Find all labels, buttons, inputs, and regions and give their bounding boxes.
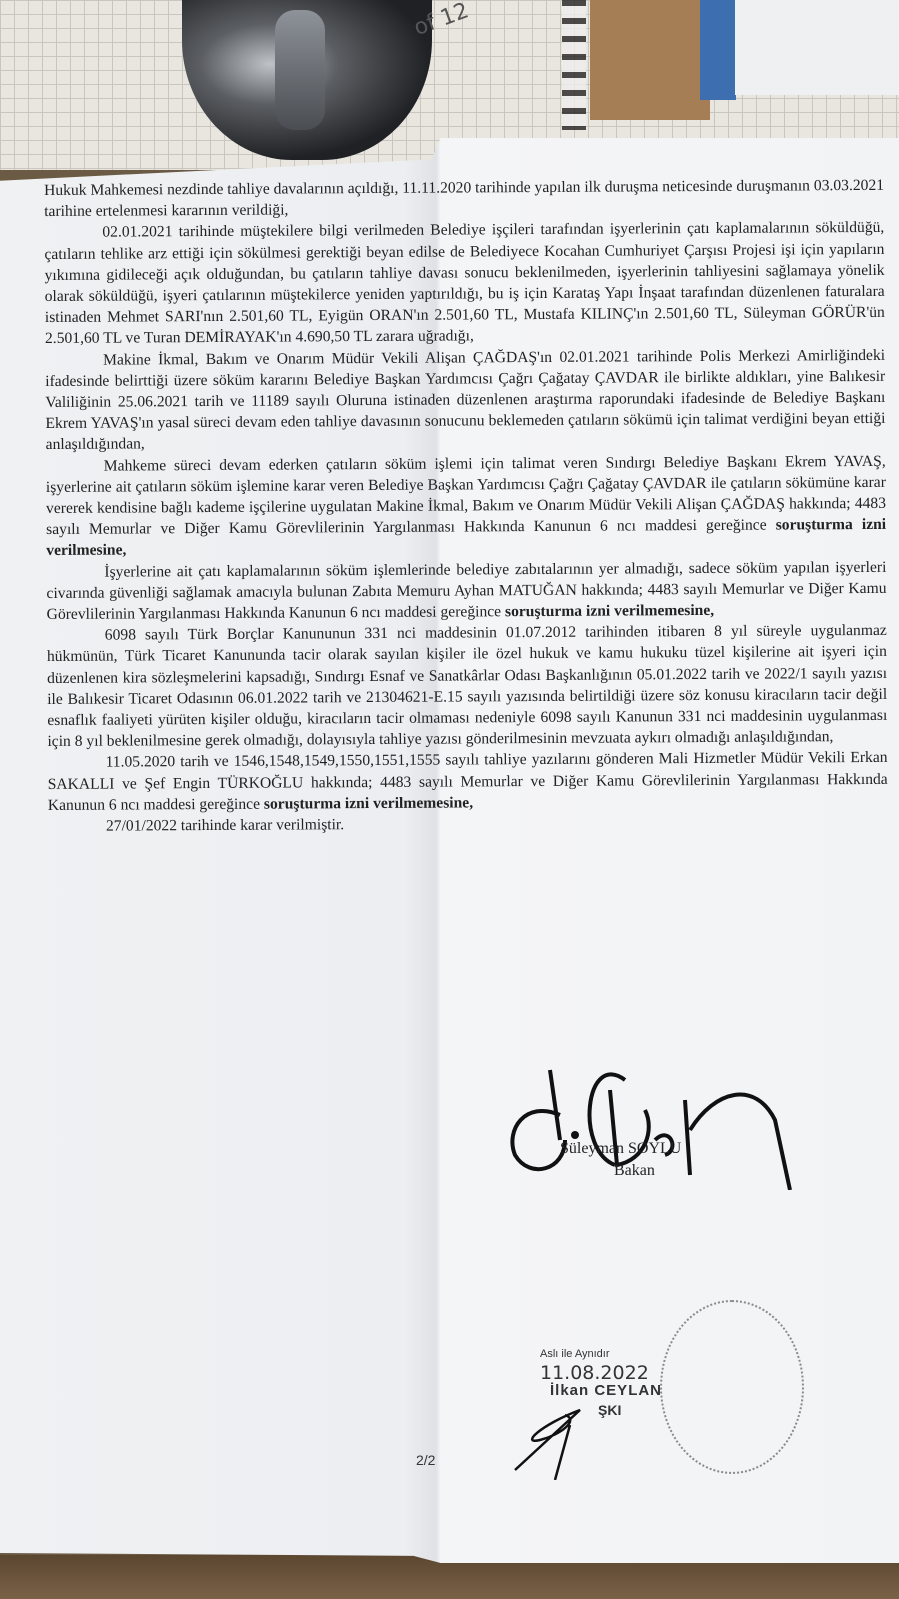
paragraph-text: 02.01.2021 tarihinde müştekilere bilgi v… (44, 219, 884, 347)
decision-text: soruşturma izni verilmemesine, (264, 794, 473, 812)
paragraph-text: Mahkeme süreci devam ederken çatıların s… (46, 453, 886, 539)
decision-text: soruşturma izni verilmemesine, (505, 602, 714, 620)
stamp-date: 11.08.2022 (540, 1362, 649, 1384)
paragraph: 02.01.2021 tarihinde müştekilere bilgi v… (44, 217, 885, 349)
paragraph: Makine İkmal, Bakım ve Onarım Müdür Veki… (45, 344, 886, 455)
paragraph: 6098 sayılı Türk Borçlar Kanununun 331 n… (47, 620, 888, 752)
signatory-name: Süleyman SOYLU (560, 1140, 681, 1158)
paragraph-text: 27/01/2022 tarihinde karar verilmiştir. (106, 816, 344, 834)
paragraph-text: Hukuk Mahkemesi nezdinde tahliye davalar… (44, 177, 884, 220)
paragraph: Mahkeme süreci devam ederken çatıların s… (46, 451, 887, 562)
mouse-scroll-button (275, 10, 325, 130)
paragraph-text: Makine İkmal, Bakım ve Onarım Müdür Veki… (45, 346, 885, 453)
blue-folder-edge (700, 0, 736, 100)
paragraph: Hukuk Mahkemesi nezdinde tahliye davalar… (44, 175, 884, 223)
document-body: Hukuk Mahkemesi nezdinde tahliye davalar… (44, 175, 888, 837)
certification-stamp: Aslı ile Aynıdır 11.08.2022 İlkan CEYLAN… (510, 1290, 770, 1480)
stamp-signature (510, 1390, 630, 1480)
notebook-spiral (562, 0, 586, 130)
page-number: 2/2 (416, 1452, 435, 1468)
stamp-line-1: Aslı ile Aynıdır (540, 1348, 610, 1360)
paragraph-text: 6098 sayılı Türk Borçlar Kanununun 331 n… (47, 622, 887, 750)
background-paper (735, 0, 899, 95)
paragraph: İşyerlerine ait çatı kaplamalarının sökü… (46, 557, 886, 626)
paragraph: 11.05.2020 tarih ve 1546,1548,1549,1550,… (47, 747, 887, 816)
paragraph-text: İşyerlerine ait çatı kaplamalarının sökü… (46, 559, 886, 624)
stamp-seal-circle (660, 1300, 804, 1474)
handwritten-signature (505, 1040, 805, 1190)
signatory-title: Bakan (614, 1162, 655, 1180)
cardboard-divider (590, 0, 710, 120)
